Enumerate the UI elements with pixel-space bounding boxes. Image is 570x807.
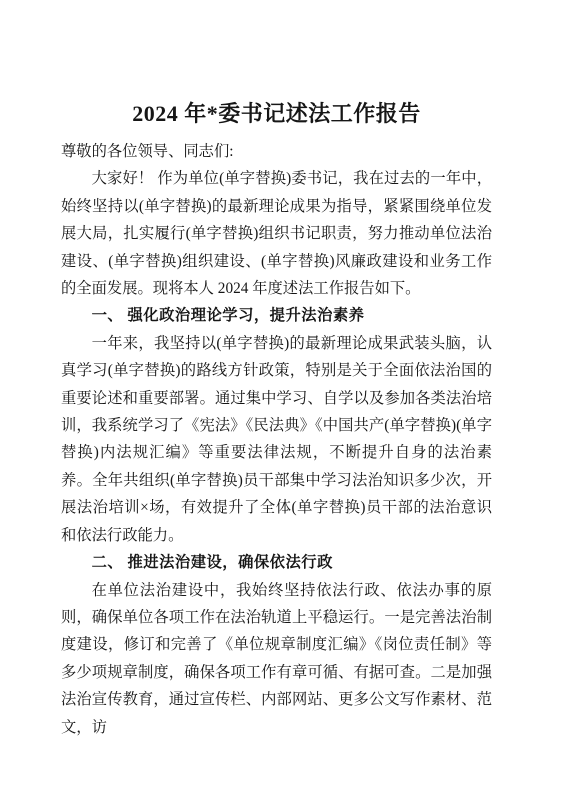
paragraph: 在单位法治建设中，我始终坚持依法行政、依法办事的原则，确保单位各项工作在法治轨道… bbox=[61, 577, 492, 741]
document-body: 尊敬的各位领导、同志们:大家好！ 作为单位(单字替换)委书记，我在过去的一年中，… bbox=[61, 138, 492, 741]
section-heading: 二、 推进法治建设，确保依法行政 bbox=[61, 549, 492, 576]
section-heading: 一、 强化政治理论学习，提升法治素养 bbox=[61, 302, 492, 329]
paragraph: 一年来，我坚持以(单字替换)的最新理论成果武装头脑，认真学习(单字替换)的路线方… bbox=[61, 330, 492, 549]
document-title: 2024 年*委书记述法工作报告 bbox=[61, 99, 492, 129]
document-page: 2024 年*委书记述法工作报告 尊敬的各位领导、同志们:大家好！ 作为单位(单… bbox=[0, 0, 570, 807]
salutation-line: 尊敬的各位领导、同志们: bbox=[61, 138, 492, 165]
paragraph: 大家好！ 作为单位(单字替换)委书记，我在过去的一年中，始终坚持以(单字替换)的… bbox=[61, 165, 492, 302]
